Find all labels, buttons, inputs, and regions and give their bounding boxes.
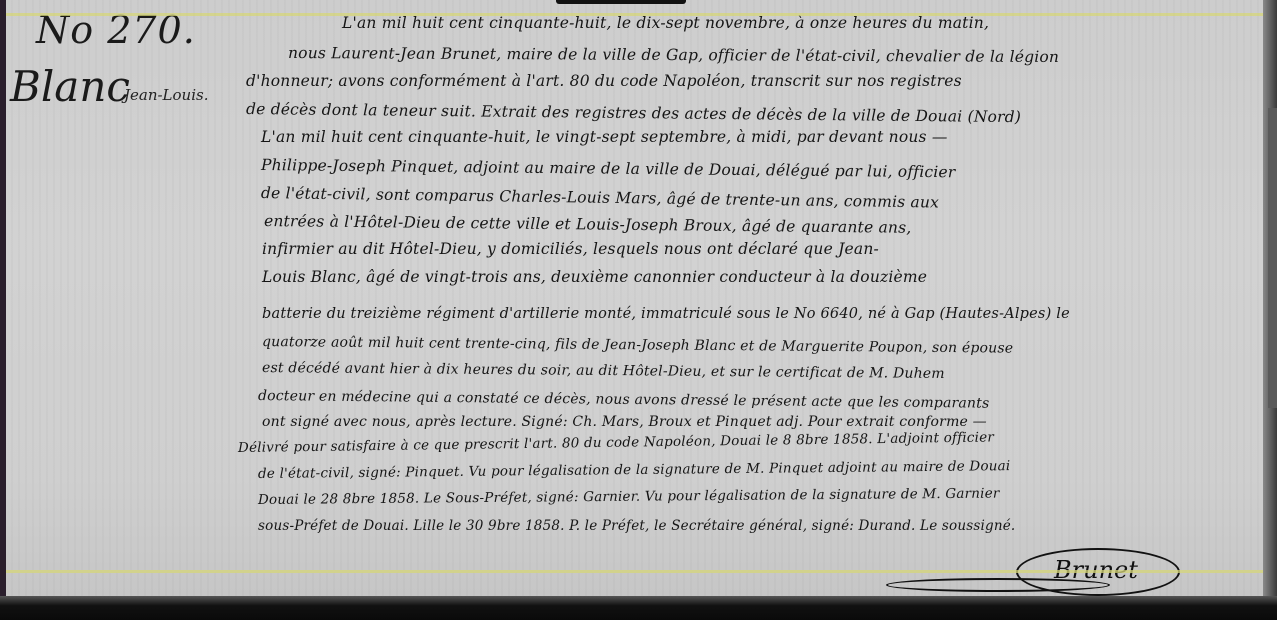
text-line-6: Philippe-Joseph Pinquet, adjoint au mair… xyxy=(261,156,956,181)
text-line-7: de l'état-civil, sont comparus Charles-L… xyxy=(261,184,939,211)
top-edge-tab xyxy=(556,0,686,4)
text-line-9: infirmier au dit Hôtel-Dieu, y domicilié… xyxy=(262,240,879,258)
mayor-signature: Brunet xyxy=(1016,548,1186,598)
text-line-8: entrées à l'Hôtel-Dieu de cette ville et… xyxy=(264,212,912,237)
text-line-10: Louis Blanc, âgé de vingt-trois ans, deu… xyxy=(262,268,927,286)
scanned-document-page: No 270. Blanc Jean-Louis. L'an mil huit … xyxy=(6,0,1266,598)
text-line-5: L'an mil huit cent cinquante-huit, le vi… xyxy=(261,128,948,146)
margin-surname: Blanc xyxy=(10,62,130,111)
text-line-3: d'honneur; avons conformément à l'art. 8… xyxy=(246,72,962,90)
text-line-13: est décédé avant hier à dix heures du so… xyxy=(262,360,945,382)
signature-name: Brunet xyxy=(1054,556,1138,584)
text-line-17: de l'état-civil, signé: Pinquet. Vu pour… xyxy=(258,458,1011,482)
text-line-12: quatorze août mil huit cent trente-cinq,… xyxy=(262,334,1013,357)
text-line-1: L'an mil huit cent cinquante-huit, le di… xyxy=(342,14,989,32)
text-line-16: Délivré pour satisfaire à ce que prescri… xyxy=(238,429,994,456)
text-line-19: sous-Préfet de Douai. Lille le 30 9bre 1… xyxy=(258,518,1015,534)
text-line-14: docteur en médecine qui a constaté ce dé… xyxy=(258,388,990,412)
record-number: No 270. xyxy=(36,8,196,52)
bottom-page-edge xyxy=(0,596,1277,620)
margin-given-names: Jean-Louis. xyxy=(124,86,208,104)
text-line-2: nous Laurent-Jean Brunet, maire de la vi… xyxy=(288,44,1059,66)
text-line-15: ont signé avec nous, après lecture. Sign… xyxy=(262,414,987,430)
text-line-4: de décès dont la teneur suit. Extrait de… xyxy=(246,100,1021,126)
right-edge-band xyxy=(1268,108,1277,408)
text-line-11: batterie du treizième régiment d'artille… xyxy=(262,306,1070,322)
text-line-18: Douai le 28 8bre 1858. Le Sous-Préfet, s… xyxy=(258,486,1000,508)
